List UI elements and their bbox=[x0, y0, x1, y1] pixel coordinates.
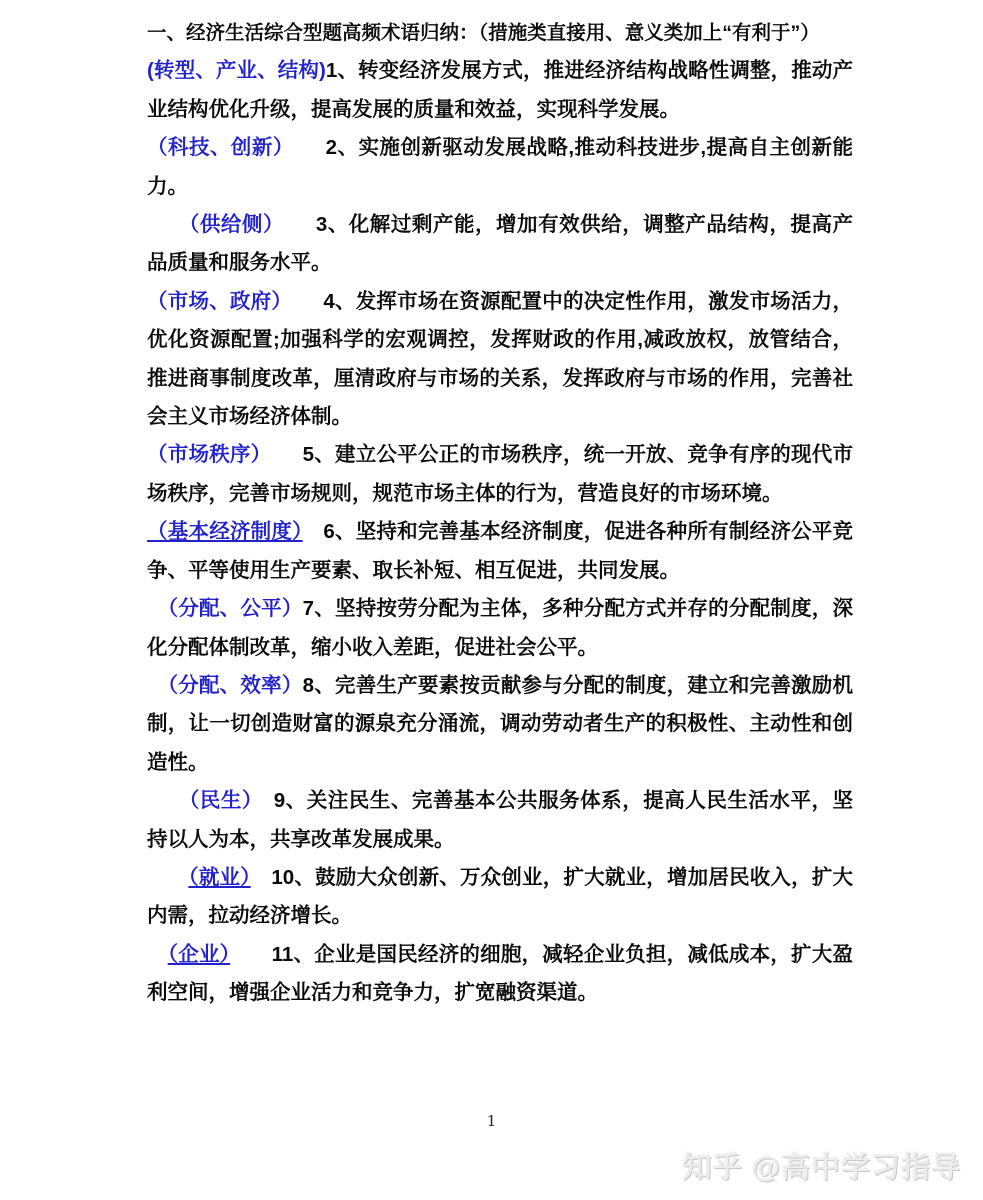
term-label: （企业） bbox=[168, 943, 230, 966]
term-label: （分配、效率） bbox=[168, 674, 303, 697]
term-indent bbox=[147, 213, 189, 236]
term-indent bbox=[147, 597, 168, 620]
term-item-9: （民生） 9、关注民生、完善基本公共服务体系，提高人民生活水平，坚持以人为本，共… bbox=[147, 782, 853, 859]
term-label: （基本经济制度） bbox=[147, 520, 303, 543]
term-item-11: （企业） 11、企业是国民经济的细胞，减轻企业负担，减低成本，扩大盈利空间，增强… bbox=[147, 936, 853, 1013]
term-text: 10、鼓励大众创新、万众创业，扩大就业，增加居民收入，扩大内需，拉动经济增长。 bbox=[147, 866, 853, 927]
term-label: (转型、产业、结构) bbox=[147, 59, 326, 82]
term-label: （市场、政府） bbox=[147, 290, 282, 313]
term-item-8: （分配、效率）8、完善生产要素按贡献参与分配的制度，建立和完善激励机制，让一切创… bbox=[147, 667, 853, 782]
term-item-1: (转型、产业、结构)1、转变经济发展方式，推进经济结构战略性调整，推动产业结构优… bbox=[147, 52, 853, 129]
document-title: 一、经济生活综合型题高频术语归纳：（措施类直接用、意义类加上“有利于”） bbox=[147, 14, 853, 52]
term-indent bbox=[147, 943, 168, 966]
term-item-10: （就业） 10、鼓励大众创新、万众创业，扩大就业，增加居民收入，扩大内需，拉动经… bbox=[147, 859, 853, 936]
term-indent bbox=[147, 866, 188, 889]
document-body: 一、经济生活综合型题高频术语归纳：（措施类直接用、意义类加上“有利于”） (转型… bbox=[147, 14, 853, 1013]
term-label: （市场秩序） bbox=[147, 443, 261, 466]
page-number: 1 bbox=[0, 1112, 983, 1130]
term-item-2: （科技、创新） 2、实施创新驱动发展战略,推动科技进步,提高自主创新能力。 bbox=[147, 129, 853, 206]
term-item-4: （市场、政府） 4、发挥市场在资源配置中的决定性作用，激发市场活力，优化资源配置… bbox=[147, 283, 853, 437]
term-label: （就业） bbox=[188, 866, 250, 889]
term-item-5: （市场秩序） 5、建立公平公正的市场秩序，统一开放、竞争有序的现代市场秩序，完善… bbox=[147, 436, 853, 513]
term-item-6: （基本经济制度） 6、坚持和完善基本经济制度，促进各种所有制经济公平竞争、平等使… bbox=[147, 513, 853, 590]
watermark: 知乎 @高中学习指导 bbox=[683, 1145, 961, 1186]
term-text: 9、关注民生、完善基本公共服务体系，提高人民生活水平，坚持以人为本，共享改革发展… bbox=[147, 789, 853, 850]
term-item-3: （供给侧） 3、化解过剩产能，增加有效供给，调整产品结构，提高产品质量和服务水平… bbox=[147, 206, 853, 283]
term-text: 11、企业是国民经济的细胞，减轻企业负担，减低成本，扩大盈利空间，增强企业活力和… bbox=[147, 943, 853, 1004]
term-label: （供给侧） bbox=[189, 213, 274, 236]
term-label: （分配、公平） bbox=[168, 597, 303, 620]
term-label: （科技、创新） bbox=[147, 136, 284, 159]
term-label: （民生） bbox=[189, 789, 253, 812]
term-indent bbox=[147, 674, 168, 697]
term-item-7: （分配、公平）7、坚持按劳分配为主体，多种分配方式并存的分配制度，深化分配体制改… bbox=[147, 590, 853, 667]
term-indent bbox=[147, 789, 189, 812]
